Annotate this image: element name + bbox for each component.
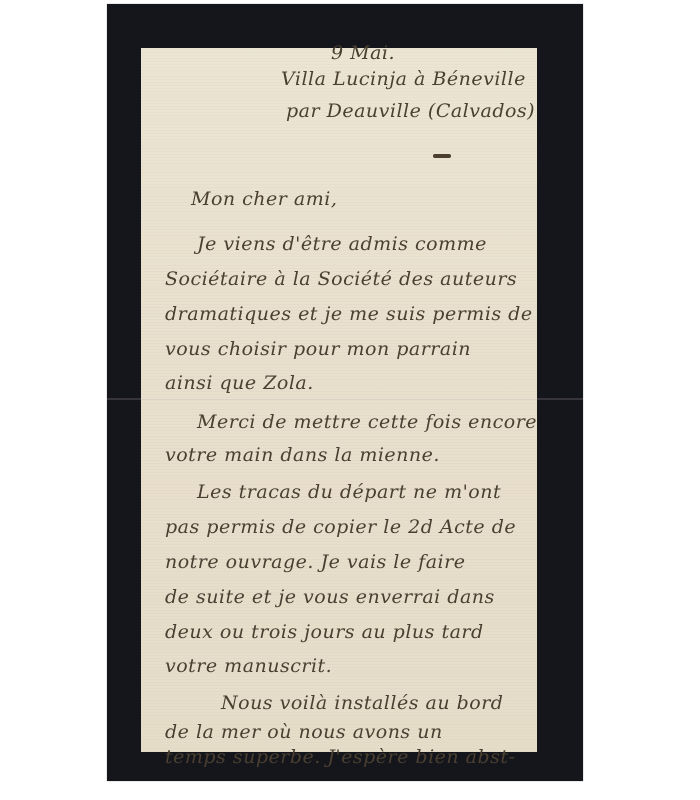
letter-line: Je viens d'être admis comme — [197, 233, 487, 255]
letter-line: deux ou trois jours au plus tard — [165, 621, 484, 643]
letter-line: de la mer où nous avons un — [165, 721, 443, 743]
mourning-border-sheet: 9 Mai. Villa Lucinja à Béneville par Dea… — [107, 4, 583, 781]
letter-line: Merci de mettre cette fois encore — [197, 411, 537, 433]
letter-line: Les tracas du départ ne m'ont — [197, 481, 501, 503]
letter-salutation: Mon cher ami, — [191, 188, 337, 210]
letter-line: vous choisir pour mon parrain — [165, 338, 471, 360]
letter-line: pas permis de copier le 2d Acte de — [165, 516, 516, 538]
letter-paper: 9 Mai. Villa Lucinja à Béneville par Dea… — [141, 48, 537, 752]
letter-line: notre ouvrage. Je vais le faire — [165, 551, 465, 573]
letter-line: ainsi que Zola. — [165, 372, 314, 394]
letter-line: temps superbe. J'espère bien abst- — [165, 746, 515, 768]
letter-date: 9 Mai. — [331, 42, 395, 64]
fold-crease — [141, 398, 537, 400]
letter-line: de suite et je vous enverrai dans — [165, 586, 495, 608]
letter-line: Sociétaire à la Société des auteurs — [165, 268, 517, 290]
letter-line: votre manuscrit. — [165, 655, 332, 677]
header-dash — [433, 154, 451, 158]
letter-address-line2: par Deauville (Calvados) — [286, 100, 535, 122]
letter-line: dramatiques et je me suis permis de — [165, 303, 533, 325]
letter-address-line1: Villa Lucinja à Béneville — [281, 68, 526, 90]
letter-line: Nous voilà installés au bord — [221, 692, 503, 714]
letter-line: votre main dans la mienne. — [165, 444, 440, 466]
